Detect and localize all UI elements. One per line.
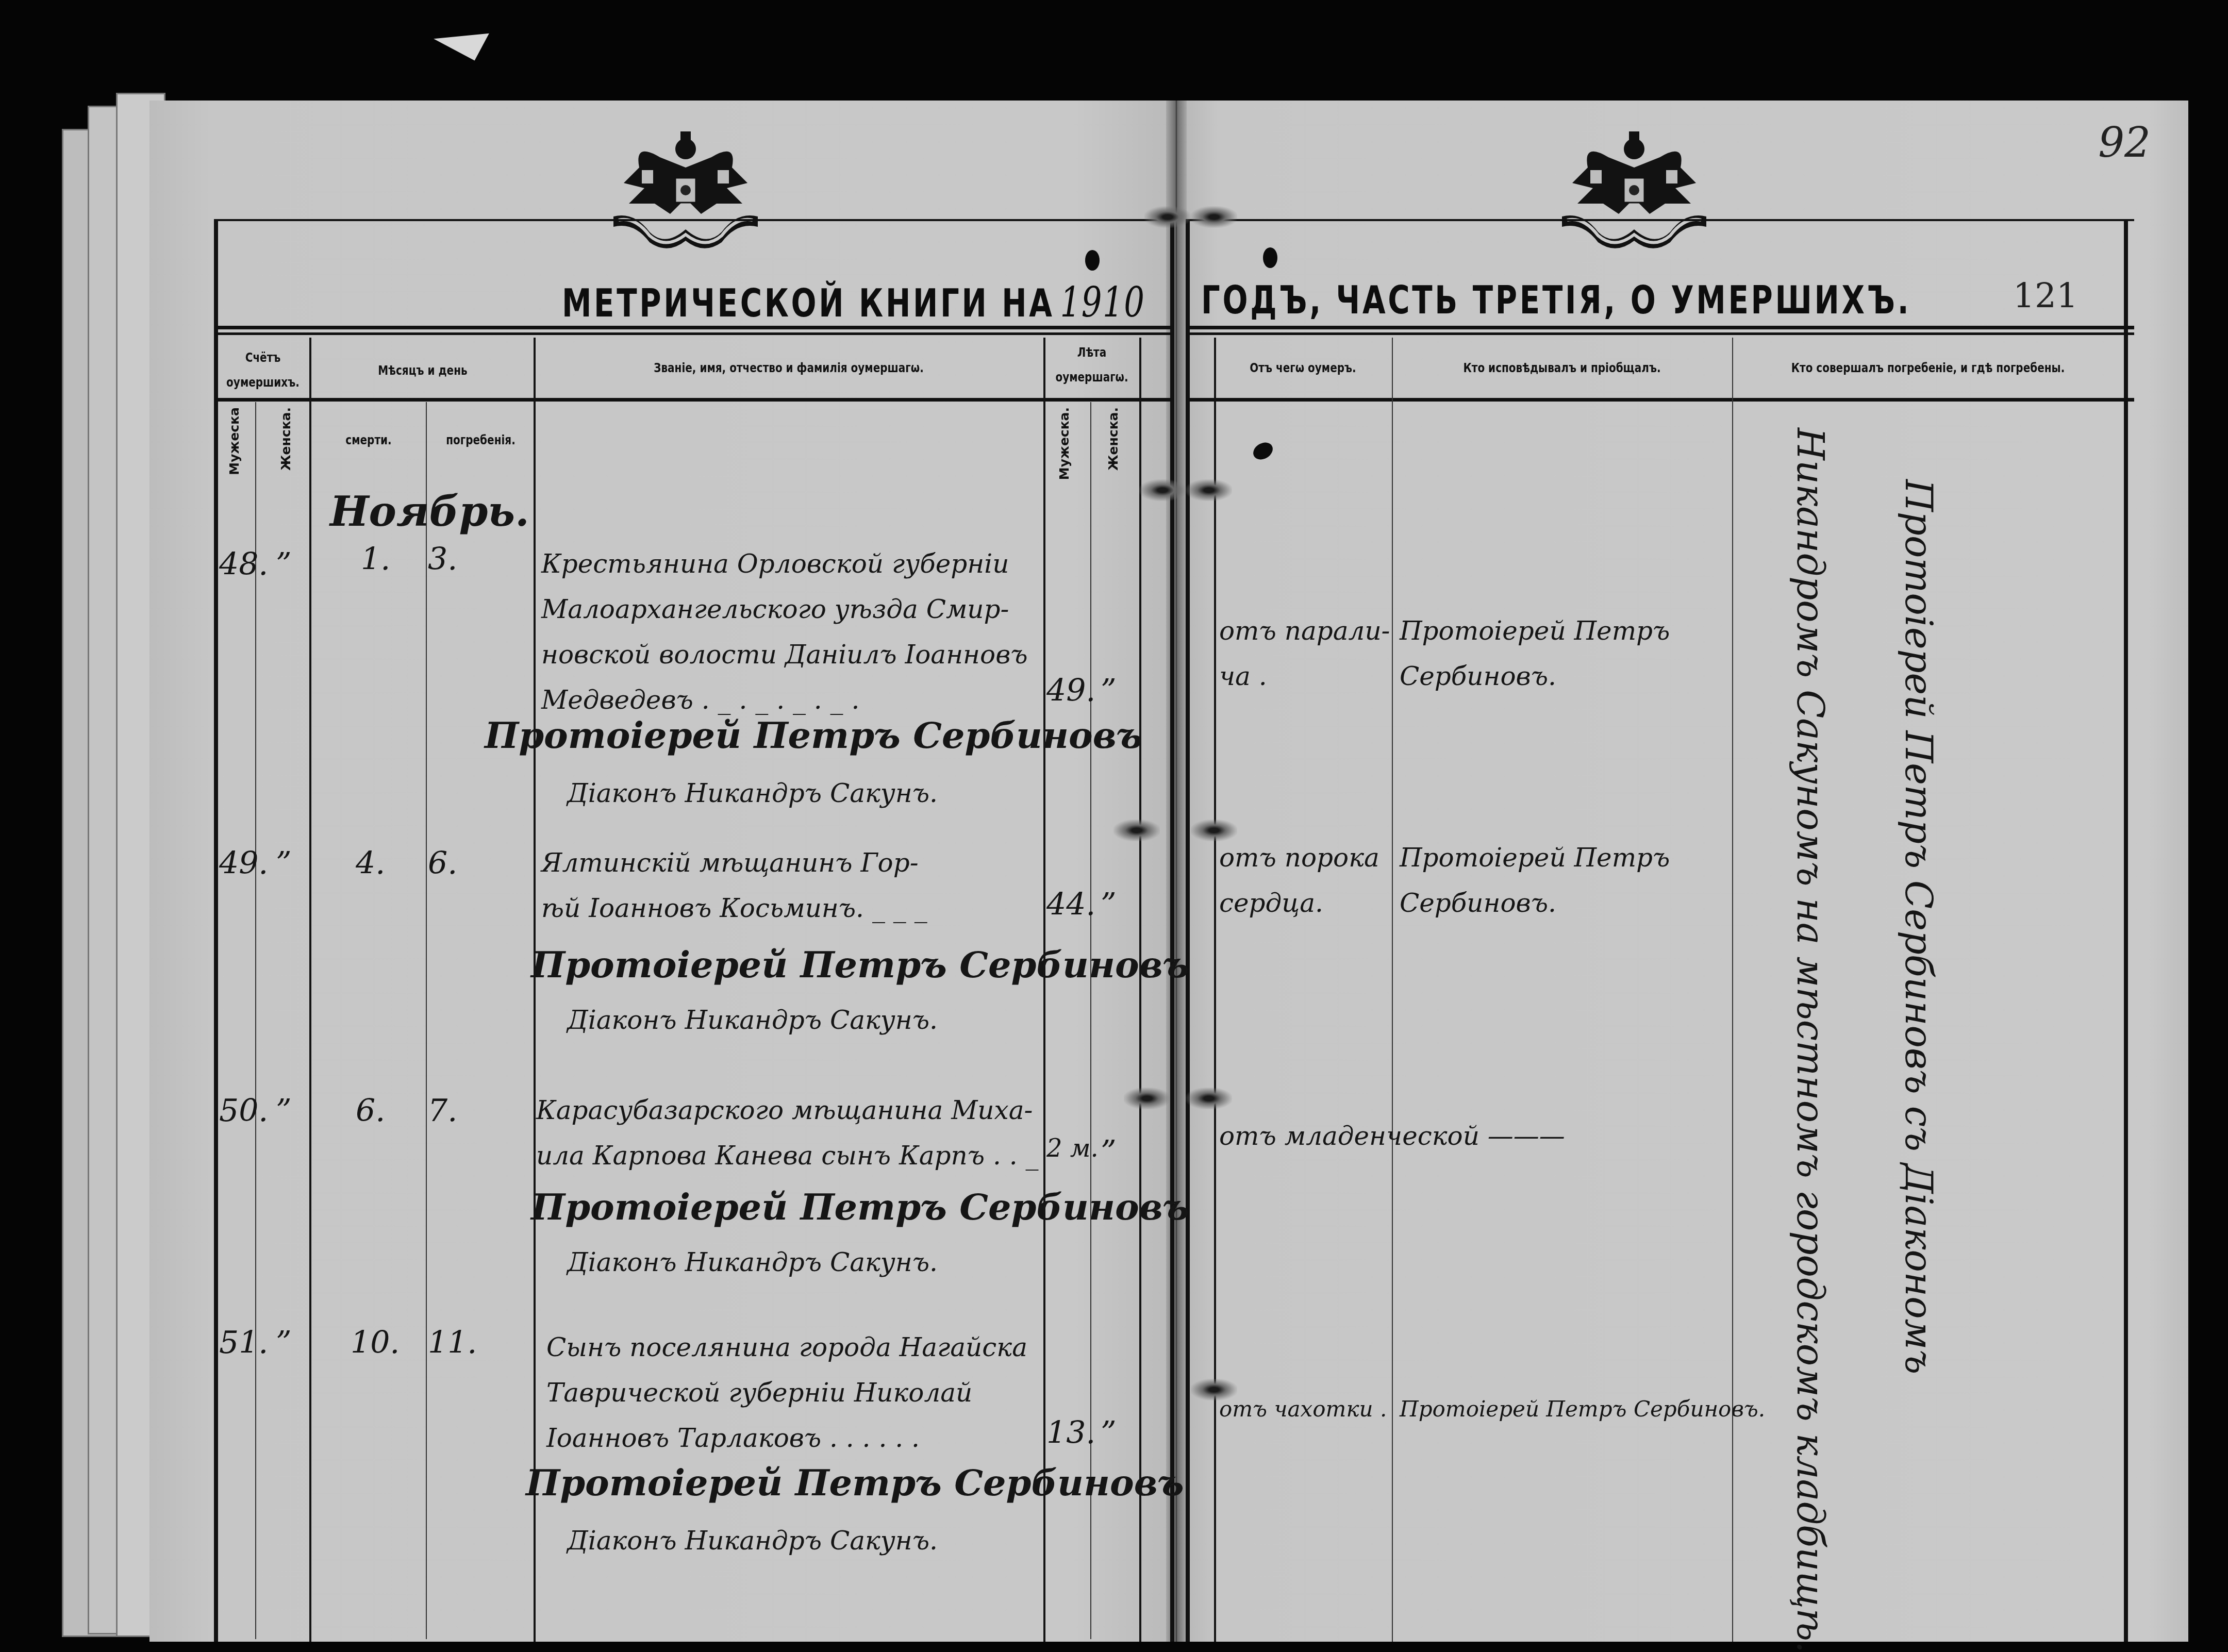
frame-left-border-right-page [1186,219,1190,1642]
header-age-male: Мужеска. [1057,407,1072,480]
month-november: Ноябрь. [330,487,529,536]
binding-hole [1263,247,1277,268]
col-divider [1139,338,1141,1642]
deacon-signature: Діаконъ Никандръ Сакунъ. [567,1005,938,1035]
col-divider [534,338,536,1642]
priest-signature: Протоіерей Петръ Сербиновъ [531,1186,1189,1228]
binding-stitch [1124,1088,1170,1109]
confessor-line: Сербиновъ. [1400,880,1556,926]
name-line: новской волости Даніилъ Іоанновъ [541,632,1028,677]
year-handwritten: 1910 [1060,278,1145,326]
count-male: 51. [219,1325,268,1361]
frame-left-border [214,219,218,1642]
title-underline [214,326,1173,329]
cause-line: отъ порока [1219,835,1379,880]
header-count-female: Женска. [278,407,293,471]
col-divider [1392,338,1393,1642]
handwritten-folio-number: 92 [2098,119,2151,166]
title-text: МЕТРИЧЕСКОЙ КНИГИ НА [562,281,1054,326]
book-gutter [1166,101,1187,1642]
death-day: 10. [351,1325,400,1361]
deacon-signature: Діаконъ Никандръ Сакунъ. [567,1247,938,1277]
header-age-female: Женска. [1106,407,1121,471]
name-line: Таврической губерніи Николай [546,1370,972,1415]
priest-signature: Протоіерей Петръ Сербиновъ [485,714,1143,757]
cause-line: ча . [1219,654,1267,699]
age-male: 2 м. [1046,1134,1099,1163]
burial-day: 3. [428,541,457,577]
deacon-signature: Діаконъ Никандръ Сакунъ. [567,778,938,808]
double-headed-eagle-icon [603,126,768,250]
frame-top-rule [214,219,1170,221]
printed-page-number: 121 [2013,276,2078,315]
count-male: 50. [219,1093,268,1129]
count-female: ” [276,1325,292,1361]
col-divider [426,402,427,1639]
cause-line: сердца. [1219,880,1323,926]
count-male: 49. [219,845,268,881]
header-name: Званіе, имя, отчество и фамилія оумершаг… [587,356,991,380]
age-female: ” [1101,1134,1117,1170]
header-burial-by: Кто совершалъ погребеніе, и гдѣ погребен… [1773,356,2083,380]
frame-right-border-left-page [1170,219,1174,1642]
title-underline [1186,326,2134,329]
priest-signature: Протоіерей Петръ Сербиновъ [526,1461,1184,1504]
binding-stitch [1191,1379,1237,1400]
binding-hole [1085,250,1100,271]
death-day: 4. [356,845,385,881]
col-divider [1732,338,1733,1642]
name-line: Сынъ поселянина города Нагайска [546,1325,1027,1370]
header-bottom-rule [214,398,1173,402]
col-divider [1043,338,1045,1642]
name-line: ѣй Іоанновъ Косьминъ. _ _ _ [541,886,927,931]
name-line: Малоархангельского уѣзда Смир- [541,587,1009,632]
confessor-line: Протоіерей Петръ [1400,835,1670,880]
header-death: смерти. [323,428,414,453]
burial-day: 11. [428,1325,477,1361]
header-cause: Отъ чегω оумеръ. [1234,356,1372,380]
deacon-signature: Діаконъ Никандръ Сакунъ. [567,1526,938,1556]
header-count: Счётъ оумершихъ. [226,345,300,394]
name-line: Іоанновъ Тарлаковъ . . . . . . [546,1415,920,1461]
age-female: ” [1101,887,1117,923]
header-count-male: Мужеска [227,407,242,475]
name-line: ила Карпова Канева сынъ Карпъ . . _ [536,1133,1039,1178]
col-divider [1090,402,1091,1639]
confessor-line: Сербиновъ. [1400,654,1556,699]
binding-stitch [1113,820,1160,841]
binding-stitch [1144,206,1191,228]
age-male: 49. [1046,673,1095,709]
header-month-day: Мѣсяцъ и день [334,358,511,383]
binding-stitch [1186,1088,1232,1109]
age-female: ” [1101,673,1117,709]
title-underline [214,332,1173,335]
age-female: ” [1101,1415,1117,1451]
name-line: Крестьянина Орловской губерніи [541,541,1009,587]
age-male: 44. [1046,887,1095,923]
binding-stitch [1191,820,1237,841]
name-line: Карасубазарского мѣщанина Миха- [536,1088,1033,1133]
cause-line: отъ паралu- [1219,608,1390,654]
cause-line: отъ чахотки . [1219,1387,1387,1432]
count-male: 48. [219,546,268,582]
right-page-title: ГОДЪ, ЧАСТЬ ТРЕТІЯ, О УМЕРШИХЪ. [1201,278,1911,323]
double-headed-eagle-icon [1552,126,1717,250]
count-female: ” [276,546,292,582]
binding-stitch [1139,479,1186,501]
binding-stitch [1191,206,1237,228]
burial-note-line1: Протоіерей Петръ Сербиновъ съ Діакономъ [1897,479,1940,1374]
col-divider [309,338,311,1642]
count-female: ” [276,845,292,881]
binding-stitch [1186,479,1232,501]
left-page-title: МЕТРИЧЕСКОЙ КНИГИ НА1910 [562,278,1145,326]
title-underline [1186,332,2134,335]
burial-note-line2: Никандромъ Сакуномъ на мѣстномъ городско… [1789,428,1832,1652]
imperial-crest-right [1552,126,1717,250]
col-divider [255,402,256,1639]
priest-signature: Протоіерей Петръ Сербиновъ [531,943,1189,986]
name-line: Ялтинскій мѣщанинъ Гор- [541,840,919,886]
header-confessor: Кто исповѣдывалъ и пріобщалъ. [1428,356,1696,380]
burial-day: 6. [428,845,457,881]
cause-line: отъ младенческой ——— [1219,1113,1565,1159]
confessor-line: Протоіерей Петръ Сербиновъ. [1400,1387,1765,1432]
imperial-crest-left [603,126,768,250]
frame-top-rule [1186,219,2134,221]
burial-day: 7. [428,1093,457,1129]
header-burial: погребенія. [439,428,523,453]
header-age: Лѣта оумершагω. [1055,340,1129,389]
age-male: 13. [1046,1415,1095,1451]
header-bottom-rule [1186,398,2134,402]
death-day: 1. [361,541,390,577]
frame-right-border [2124,219,2128,1642]
confessor-line: Протоіерей Петръ [1400,608,1670,654]
death-day: 6. [356,1093,385,1129]
col-divider [1214,338,1216,1642]
count-female: ” [276,1093,292,1129]
